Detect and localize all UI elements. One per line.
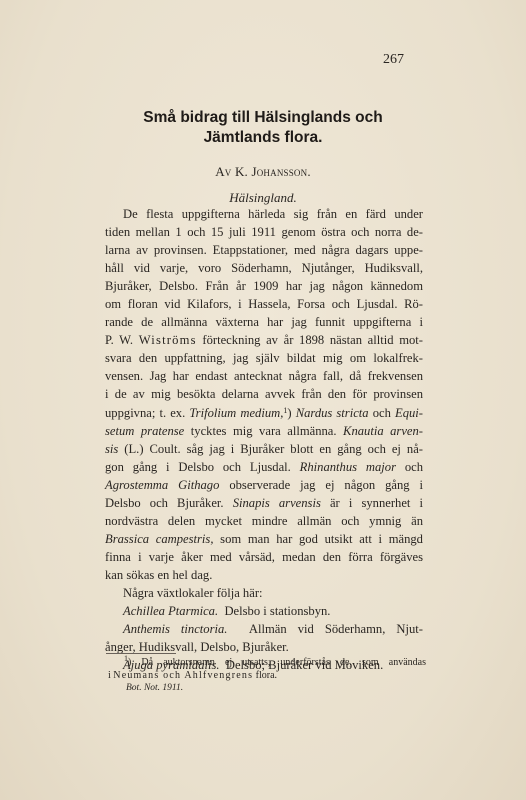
footnote-line: i Neumans och Ahlfvengrens flora. (108, 669, 426, 682)
species-name: Rhinanthus major (300, 460, 396, 474)
footnote-line: 1) Då auktorsnamn ej utsatts, underförst… (108, 656, 426, 669)
text-line: nordvästra delen mycket mindre allmän oc… (105, 512, 423, 530)
species-name: Sinapis arvensis (233, 496, 321, 510)
text-line: finna i varje åker med vårsäd, medan den… (105, 548, 423, 566)
body-text: De flesta uppgifterna härleda sig från e… (105, 205, 423, 674)
species-name: Trifolium medium, (189, 406, 283, 420)
page-number: 267 (382, 52, 404, 68)
species-name: sis (105, 442, 118, 456)
text-line: sis (L.) Coult. såg jag i Bjuråker blott… (105, 440, 423, 458)
species-name: setum pratense (105, 424, 184, 438)
text-line: setum pratense tycktes mig vara allmänna… (105, 422, 423, 440)
text-line: gon gång i Delsbo och Ljusdal. Rhinanthu… (105, 458, 423, 476)
text-line: P. W. Wiströms förteckning av år 1898 nä… (105, 331, 423, 349)
text-line: uppgivna; t. ex. Trifolium medium,1) Nar… (105, 404, 423, 422)
text-line: De flesta uppgifterna härleda sig från e… (105, 205, 423, 223)
spaced-name: Wiströms (139, 333, 197, 347)
text-line: tiden mellan 1 och 15 juli 1911 genom ös… (105, 223, 423, 241)
text-line: larna av provinsen. Etappstationer, med … (105, 241, 423, 259)
text-line: rande de allmänna växterna har jag funni… (105, 313, 423, 331)
footnote-divider (106, 653, 176, 654)
text-line: kan sökas en hel dag. (105, 566, 423, 584)
species-name: Achillea Ptarmica. (123, 604, 218, 618)
text-line: håll vid varje, voro Söderhamn, Njutånge… (105, 259, 423, 277)
species-name: Agrostemma Githago (105, 478, 219, 492)
species-name: Knautia arven- (343, 424, 423, 438)
species-name: Equi- (395, 406, 423, 420)
locality-entry: Anthemis tinctoria. Allmän vid Söderhamn… (105, 620, 423, 638)
author-byline: Av K. Johansson. (100, 164, 426, 180)
locality-entry: Achillea Ptarmica. Delsbo i stationsbyn. (105, 602, 423, 620)
species-name: Brassica campestris, (105, 532, 213, 546)
author-name: K. Johansson. (235, 164, 311, 179)
species-name: Anthemis tinctoria. (123, 622, 227, 636)
footnotes: 1) Då auktorsnamn ej utsatts, underförst… (108, 656, 426, 695)
text-line: om floran vid Kilafors, i Hassela, Forsa… (105, 295, 423, 313)
species-name: Nardus stricta (296, 406, 369, 420)
text-line: svara den uppfattning, jag själv bildat … (105, 349, 423, 367)
text-line: Bjuråker, Delsbo. Från år 1909 har jag n… (105, 277, 423, 295)
title-line-2: Jämtlands flora. (100, 128, 426, 148)
text-line: Några växtlokaler följa här: (105, 584, 423, 602)
section-heading: Hälsingland. (100, 190, 426, 206)
text-line: Agrostemma Githago observerade jag ej nå… (105, 476, 423, 494)
spaced-name: Neumans och Ahlfvengrens (113, 670, 253, 681)
text-line: Delsbo och Bjuråker. Sinapis arvensis är… (105, 494, 423, 512)
text-line: vensen. Jag har endast antecknat några f… (105, 367, 423, 385)
document-page: 267 Små bidrag till Hälsinglands och Jäm… (0, 0, 526, 800)
journal-reference: Bot. Not. 1911. (108, 682, 426, 695)
title-line-1: Små bidrag till Hälsinglands och (100, 108, 426, 128)
text-line: Brassica campestris, som man har god uts… (105, 530, 423, 548)
article-title: Små bidrag till Hälsinglands och Jämtlan… (100, 108, 426, 148)
text-line: i de av mig besökta delarna avvek från d… (105, 385, 423, 403)
author-prefix: Av (215, 164, 231, 179)
